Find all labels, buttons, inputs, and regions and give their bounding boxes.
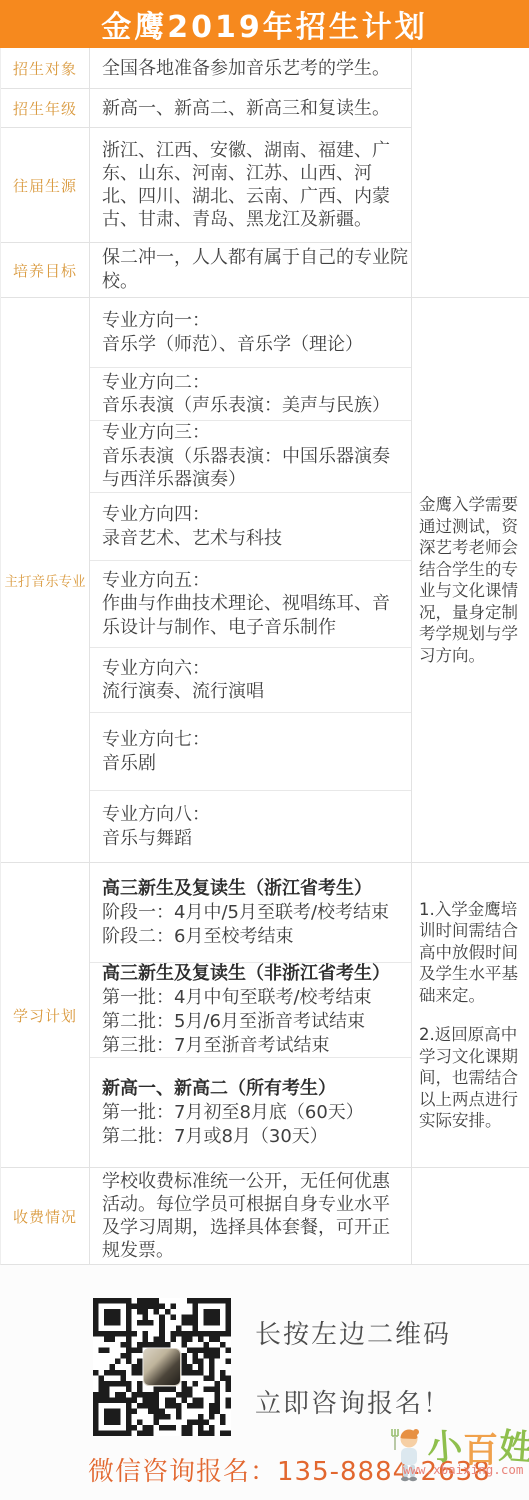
- right-column-empty-top: [412, 48, 529, 297]
- majors-list: 专业方向一： 音乐学（师范）、音乐学（理论） 专业方向二： 音乐表演（声乐表演：…: [90, 298, 411, 862]
- page-title: 金鹰2019年招生计划: [101, 2, 428, 46]
- plan-line: 阶段一：4月中/5月至联考/校考结束: [102, 901, 405, 925]
- major-title: 专业方向一：: [102, 309, 403, 333]
- row-label-past-students: 往届生源: [1, 128, 89, 242]
- wechat-qr-code[interactable]: [93, 1298, 231, 1436]
- majors-note-text: 金鹰入学需要通过测试，资深艺考老师会结合学生的专业与文化课情况，量身定制考学规划…: [419, 494, 525, 666]
- plan-line: 第一批：4月中旬至联考/校考结束: [102, 986, 405, 1010]
- row-content-fees: 学校收费标准统一公开，无任何优惠活动。每位学员可根据自身专业水平及学习周期，选择…: [90, 1168, 411, 1264]
- plan-block-grade1-2: 新高一、新高二（所有考生） 第一批：7月初至8月底（60天） 第二批：7月或8月…: [90, 1058, 411, 1167]
- major-direction-5: 专业方向五： 作曲与作曲技术理论、视唱练耳、音乐设计与制作、电子音乐制作: [90, 561, 411, 648]
- row-label-study-plan: 学习计划: [1, 863, 89, 1167]
- qr-captions: 长按左边二维码 立即咨询报名！: [255, 1314, 451, 1420]
- plan-line: 第二批：5月/6月至浙音考试结束: [102, 1010, 405, 1034]
- major-title: 专业方向三：: [102, 421, 403, 445]
- study-plan-list: 高三新生及复读生（浙江省考生） 阶段一：4月中/5月至联考/校考结束 阶段二：6…: [90, 863, 411, 1167]
- major-title: 专业方向七：: [102, 728, 403, 752]
- major-direction-8: 专业方向八： 音乐与舞蹈: [90, 791, 411, 862]
- watermark-url: www.xbaixing.com: [403, 1462, 523, 1477]
- major-desc: 音乐表演（乐器表演：中国乐器演奏与西洋乐器演奏）: [102, 445, 403, 492]
- major-desc: 流行演奏、流行演唱: [102, 680, 403, 704]
- row-label-grades: 招生年级: [1, 89, 89, 127]
- major-title: 专业方向四：: [102, 503, 403, 527]
- plan-note-1: 1.入学金鹰培训时间需结合高中放假时间及学生水平基础来定。: [419, 899, 525, 1007]
- major-desc: 音乐表演（声乐表演：美声与民族）: [102, 394, 403, 418]
- mascot-icon: [385, 1426, 427, 1488]
- plan-line: 阶段二：6月至校考结束: [102, 925, 405, 949]
- qr-section: 长按左边二维码 立即咨询报名！: [93, 1298, 529, 1436]
- major-direction-2: 专业方向二： 音乐表演（声乐表演：美声与民族）: [90, 368, 411, 421]
- past-students-provinces: 浙江、江西、安徽、湖南、福建、广东、山东、河南、江苏、山西、河北、四川、湖北、云…: [102, 139, 403, 231]
- major-desc: 音乐与舞蹈: [102, 827, 403, 851]
- qr-caption-line2: 立即咨询报名！: [255, 1383, 451, 1420]
- right-column-empty-bottom: [412, 1168, 529, 1264]
- major-desc: 录音艺术、艺术与科技: [102, 527, 403, 551]
- major-direction-4: 专业方向四： 录音艺术、艺术与科技: [90, 493, 411, 561]
- majors-side-note: 金鹰入学需要通过测试，资深艺考老师会结合学生的专业与文化课情况，量身定制考学规划…: [412, 298, 529, 862]
- row-content-past-students: 浙江、江西、安徽、湖南、福建、广东、山东、河南、江苏、山西、河北、四川、湖北、云…: [90, 128, 411, 242]
- major-title: 专业方向五：: [102, 569, 403, 593]
- plan-block-non-zhejiang: 高三新生及复读生（非浙江省考生） 第一批：4月中旬至联考/校考结束 第二批：5月…: [90, 963, 411, 1058]
- plan-line: 第二批：7月或8月（30天）: [102, 1125, 405, 1149]
- row-label-target-students: 招生对象: [1, 48, 89, 88]
- plan-block-title: 新高一、新高二（所有考生）: [102, 1077, 405, 1101]
- major-direction-7: 专业方向七： 音乐剧: [90, 713, 411, 791]
- plan-note-2: 2.返回原高中学习文化课期间，也需结合以上两点进行实际安排。: [419, 1024, 525, 1132]
- enrollment-table: 招生对象 全国各地准备参加音乐艺考的学生。 招生年级 新高一、新高二、新高三和复…: [0, 48, 529, 1265]
- site-watermark: 小 百 姓 www.xbaixing.com: [385, 1420, 527, 1496]
- row-content-grades: 新高一、新高二、新高三和复读生。: [90, 89, 411, 127]
- row-label-fees: 收费情况: [1, 1168, 89, 1264]
- plan-block-zhejiang: 高三新生及复读生（浙江省考生） 阶段一：4月中/5月至联考/校考结束 阶段二：6…: [90, 863, 411, 963]
- row-label-majors: 主打音乐专业: [1, 298, 89, 862]
- major-title: 专业方向二：: [102, 371, 403, 395]
- major-desc: 作曲与作曲技术理论、视唱练耳、音乐设计与制作、电子音乐制作: [102, 592, 403, 639]
- plan-block-title: 高三新生及复读生（非浙江省考生）: [102, 962, 405, 986]
- title-banner: 金鹰2019年招生计划: [0, 0, 529, 48]
- major-desc: 音乐剧: [102, 752, 403, 776]
- plan-block-title: 高三新生及复读生（浙江省考生）: [102, 877, 405, 901]
- qr-caption-line1: 长按左边二维码: [255, 1314, 451, 1351]
- major-direction-6: 专业方向六： 流行演奏、流行演唱: [90, 648, 411, 713]
- row-label-goal: 培养目标: [1, 243, 89, 297]
- study-plan-side-note: 1.入学金鹰培训时间需结合高中放假时间及学生水平基础来定。 2.返回原高中学习文…: [412, 863, 529, 1167]
- qr-center-avatar: [143, 1348, 181, 1386]
- plan-line: 第三批：7月至浙音考试结束: [102, 1034, 405, 1058]
- row-content-target-students: 全国各地准备参加音乐艺考的学生。: [90, 48, 411, 88]
- plan-line: 第一批：7月初至8月底（60天）: [102, 1101, 405, 1125]
- major-title: 专业方向六：: [102, 657, 403, 681]
- row-content-goal: 保二冲一，人人都有属于自己的专业院校。: [90, 243, 411, 297]
- major-title: 专业方向八：: [102, 803, 403, 827]
- major-direction-3: 专业方向三： 音乐表演（乐器表演：中国乐器演奏与西洋乐器演奏）: [90, 421, 411, 493]
- major-direction-1: 专业方向一： 音乐学（师范）、音乐学（理论）: [90, 298, 411, 368]
- major-desc: 音乐学（师范）、音乐学（理论）: [102, 333, 403, 357]
